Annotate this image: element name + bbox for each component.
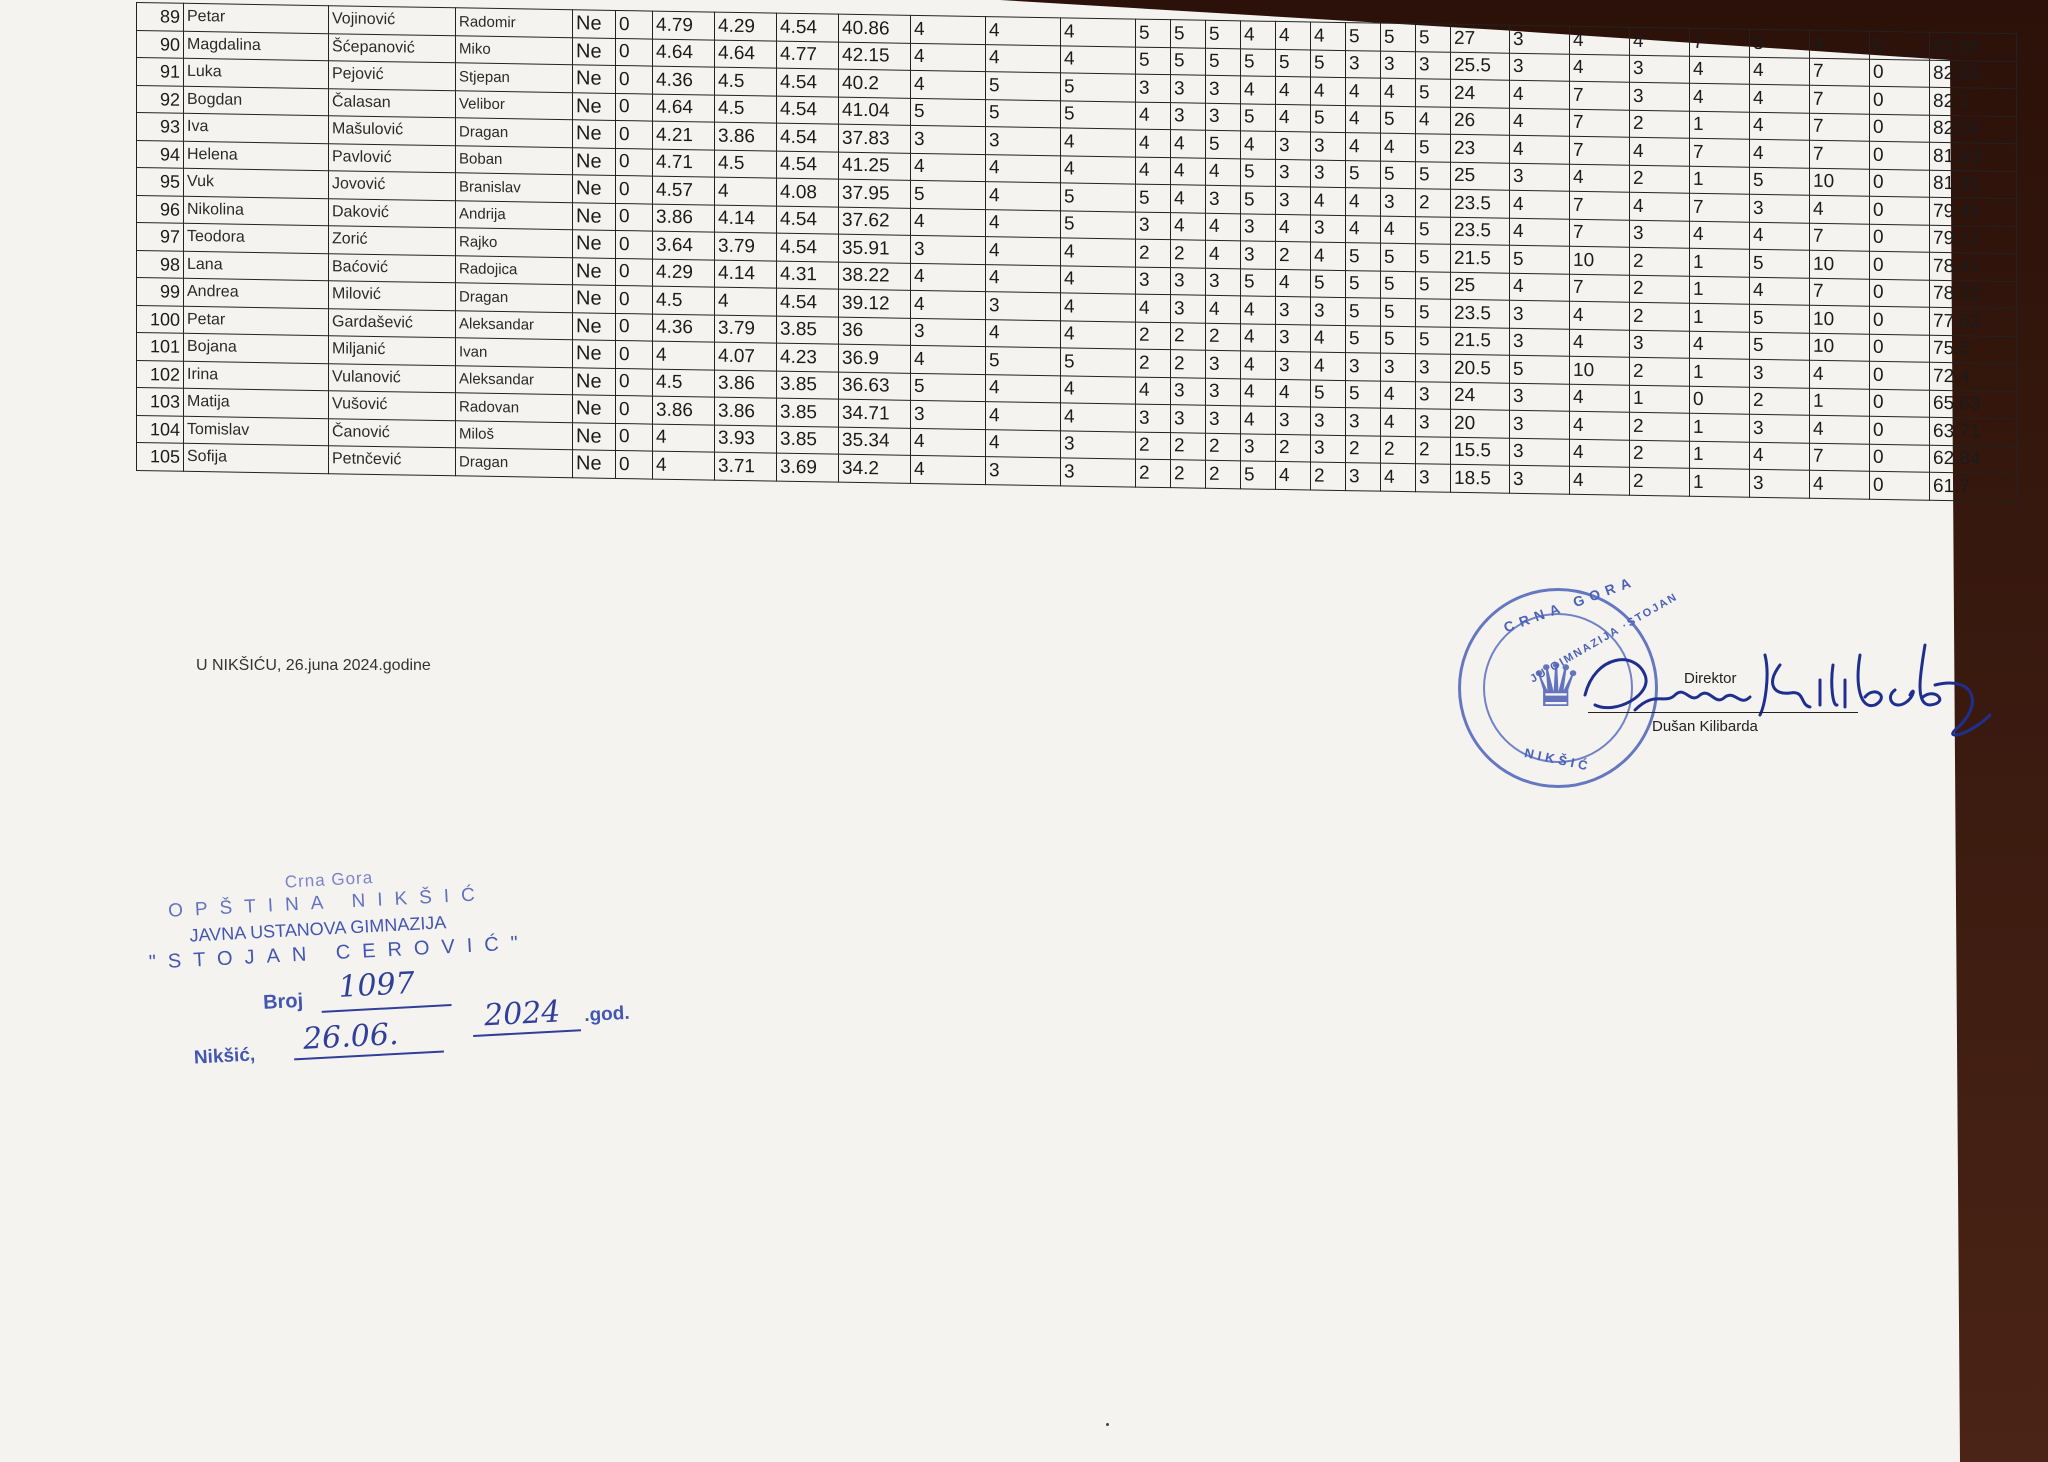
sum-cell: 37.83 [839, 124, 911, 153]
points-cell: 4 [1510, 218, 1570, 246]
total-cell: 78.22 [1930, 280, 2017, 309]
sum-cell: 35.91 [839, 234, 911, 263]
first-name-cell: Bogdan [184, 86, 329, 116]
points-cell: 0 [1870, 196, 1930, 224]
zero-cell: 0 [616, 175, 653, 203]
exam-sum-cell: 23.5 [1451, 299, 1510, 327]
zero-cell: 0 [616, 120, 653, 148]
exam-grade-cell: 4 [1276, 104, 1311, 132]
exam-grade-cell: 5 [1206, 48, 1241, 76]
exam-sum-cell: 23 [1451, 134, 1510, 162]
average-cell: 3.79 [715, 232, 777, 261]
points-cell: 1 [1690, 166, 1750, 194]
average-cell: 4.29 [653, 259, 715, 288]
exam-grade-cell: 5 [1416, 299, 1451, 327]
exam-grade-cell: 4 [1311, 324, 1346, 352]
exam-grade-cell: 3 [1206, 75, 1241, 103]
zero-cell: 0 [616, 313, 653, 341]
grade-cell: 3 [911, 125, 986, 154]
exam-grade-cell: 2 [1206, 323, 1241, 351]
exam-grade-cell: 4 [1276, 379, 1311, 407]
grade-cell: 5 [1061, 348, 1136, 377]
average-cell: 4.54 [777, 233, 839, 262]
stamp-line-country: Crna Gora [284, 868, 373, 893]
average-cell: 4.54 [777, 288, 839, 317]
points-cell: 4 [1810, 360, 1870, 388]
grade-cell: 4 [911, 428, 986, 457]
points-cell: 5 [1750, 304, 1810, 332]
points-cell: 7 [1570, 191, 1630, 219]
last-name-cell: Pejović [329, 61, 456, 91]
points-cell: 7 [1810, 443, 1870, 471]
exam-grade-cell: 5 [1311, 104, 1346, 132]
grade-cell: 4 [911, 15, 986, 44]
points-cell: 5 [1510, 245, 1570, 273]
exam-grade-cell: 4 [1206, 158, 1241, 186]
exam-grade-cell: 4 [1311, 242, 1346, 270]
points-cell: 3 [1750, 414, 1810, 442]
first-name-cell: Bojana [184, 333, 329, 363]
director-name: Dušan Kilibarda [1652, 718, 1758, 735]
grade-cell: 5 [1061, 210, 1136, 239]
exam-grade-cell: 3 [1171, 102, 1206, 130]
points-cell: 0 [1870, 306, 1930, 334]
exam-grade-cell: 3 [1381, 353, 1416, 381]
exam-grade-cell: 3 [1276, 131, 1311, 159]
rank-cell: 89 [137, 3, 184, 31]
parent-name-cell: Andrija [456, 200, 573, 229]
grade-cell: 4 [986, 429, 1061, 458]
grade-cell: 4 [911, 208, 986, 237]
exam-grade-cell: 2 [1276, 241, 1311, 269]
exam-grade-cell: 4 [1311, 187, 1346, 215]
average-cell: 4 [653, 451, 715, 480]
grade-cell: 3 [986, 292, 1061, 321]
points-cell: 4 [1810, 470, 1870, 498]
exam-grade-cell: 4 [1206, 213, 1241, 241]
points-cell: 0 [1870, 86, 1930, 114]
points-cell: 4 [1570, 411, 1630, 439]
average-cell: 4.57 [653, 176, 715, 205]
total-cell: 77.62 [1930, 307, 2017, 336]
points-cell: 4 [1630, 137, 1690, 165]
average-cell: 3.86 [653, 396, 715, 425]
average-cell: 4.77 [777, 41, 839, 70]
points-cell: 0 [1870, 251, 1930, 279]
points-cell: 2 [1630, 165, 1690, 193]
points-cell: 10 [1810, 168, 1870, 196]
average-cell: 4 [653, 341, 715, 370]
exam-grade-cell: 3 [1206, 103, 1241, 131]
exam-grade-cell: 2 [1346, 435, 1381, 463]
first-name-cell: Petar [184, 306, 329, 336]
points-cell: 4 [1750, 57, 1810, 85]
points-cell: 3 [1750, 359, 1810, 387]
exam-grade-cell: 4 [1171, 130, 1206, 158]
points-cell: 4 [1570, 164, 1630, 192]
zero-cell: 0 [616, 258, 653, 286]
average-cell: 4.5 [653, 286, 715, 315]
points-cell: 1 [1630, 385, 1690, 413]
zero-cell: 0 [616, 368, 653, 396]
exam-grade-cell: 4 [1381, 381, 1416, 409]
rank-cell: 102 [137, 360, 184, 388]
average-cell: 4.21 [653, 121, 715, 150]
parent-name-cell: Dragan [456, 283, 573, 312]
parent-name-cell: Ivan [456, 338, 573, 367]
points-cell: 5 [1510, 355, 1570, 383]
exam-grade-cell: 5 [1136, 184, 1171, 212]
grade-cell: 4 [911, 455, 986, 484]
total-cell: 79.12 [1930, 225, 2017, 254]
points-cell: 7 [1570, 136, 1630, 164]
exam-grade-cell: 3 [1206, 185, 1241, 213]
exam-grade-cell: 4 [1136, 129, 1171, 157]
last-name-cell: Jovović [329, 171, 456, 201]
signature-line [1588, 712, 1858, 713]
points-cell: 7 [1690, 193, 1750, 221]
exam-grade-cell: 5 [1136, 19, 1171, 47]
exam-grade-cell: 5 [1416, 161, 1451, 189]
total-cell: 82.86 [1930, 32, 2017, 61]
average-cell: 4.29 [715, 12, 777, 41]
city-label: Nikšić, [193, 1044, 255, 1069]
sum-cell: 38.22 [839, 262, 911, 291]
exam-grade-cell: 5 [1311, 49, 1346, 77]
exam-sum-cell: 23.5 [1451, 189, 1510, 217]
points-cell: 4 [1570, 301, 1630, 329]
sum-cell: 34.2 [839, 454, 911, 483]
first-name-cell: Irina [184, 361, 329, 391]
zero-cell: 0 [616, 423, 653, 451]
exam-grade-cell: 4 [1381, 216, 1416, 244]
points-cell: 4 [1750, 222, 1810, 250]
exam-grade-cell: 2 [1416, 189, 1451, 217]
flag-cell: Ne [573, 37, 616, 65]
exam-grade-cell: 3 [1311, 214, 1346, 242]
rank-cell: 104 [137, 415, 184, 443]
points-cell: 1 [1690, 413, 1750, 441]
points-cell: 0 [1870, 444, 1930, 472]
first-name-cell: Teodora [184, 223, 329, 253]
exam-grade-cell: 2 [1381, 436, 1416, 464]
points-cell: 7 [1810, 140, 1870, 168]
exam-sum-cell: 23.5 [1451, 217, 1510, 245]
exam-sum-cell: 25 [1451, 272, 1510, 300]
grade-cell: 4 [986, 264, 1061, 293]
points-cell: 4 [1750, 277, 1810, 305]
exam-sum-cell: 26 [1451, 107, 1510, 135]
rank-cell: 99 [137, 278, 184, 306]
points-cell: 4 [1510, 80, 1570, 108]
points-cell: 7 [1570, 109, 1630, 137]
average-cell: 4.79 [653, 11, 715, 40]
first-name-cell: Tomislav [184, 416, 329, 446]
exam-grade-cell: 4 [1241, 378, 1276, 406]
grade-cell: 3 [1061, 458, 1136, 487]
points-cell: 1 [1690, 248, 1750, 276]
exam-grade-cell: 2 [1136, 239, 1171, 267]
parent-name-cell: Velibor [456, 90, 573, 119]
exam-grade-cell: 5 [1416, 79, 1451, 107]
points-cell: 4 [1810, 195, 1870, 223]
exam-grade-cell: 4 [1346, 105, 1381, 133]
zero-cell: 0 [616, 450, 653, 478]
points-cell: 1 [1690, 276, 1750, 304]
exam-grade-cell: 4 [1241, 406, 1276, 434]
grade-cell: 4 [986, 402, 1061, 431]
flag-cell: Ne [573, 147, 616, 175]
last-name-cell: Petnčević [329, 446, 456, 476]
exam-grade-cell: 5 [1311, 379, 1346, 407]
grade-cell: 4 [911, 345, 986, 374]
flag-cell: Ne [573, 450, 616, 478]
last-name-cell: Čalasan [329, 88, 456, 118]
exam-grade-cell: 4 [1311, 352, 1346, 380]
exam-grade-cell: 5 [1381, 23, 1416, 51]
rank-cell: 105 [137, 443, 184, 471]
points-cell: 2 [1630, 302, 1690, 330]
exam-sum-cell: 24 [1451, 382, 1510, 410]
grade-cell: 5 [986, 72, 1061, 101]
exam-grade-cell: 4 [1346, 215, 1381, 243]
zero-cell: 0 [616, 395, 653, 423]
points-cell: 0 [1870, 389, 1930, 417]
flag-cell: Ne [573, 395, 616, 423]
points-cell: 4 [1750, 112, 1810, 140]
rank-cell: 101 [137, 333, 184, 361]
first-name-cell: Nikolina [184, 196, 329, 226]
exam-grade-cell: 5 [1241, 186, 1276, 214]
exam-grade-cell: 2 [1171, 432, 1206, 460]
grade-cell: 4 [986, 319, 1061, 348]
last-name-cell: Šćepanović [329, 33, 456, 63]
exam-grade-cell: 5 [1416, 244, 1451, 272]
exam-grade-cell: 4 [1171, 157, 1206, 185]
first-name-cell: Petar [184, 3, 329, 33]
exam-grade-cell: 5 [1346, 298, 1381, 326]
exam-grade-cell: 3 [1276, 406, 1311, 434]
broj-label: Broj [263, 990, 304, 1015]
exam-grade-cell: 4 [1276, 214, 1311, 242]
points-cell: 10 [1810, 333, 1870, 361]
points-cell: 4 [1690, 221, 1750, 249]
points-cell: 4 [1570, 384, 1630, 412]
exam-grade-cell: 5 [1381, 161, 1416, 189]
last-name-cell: Daković [329, 198, 456, 228]
total-cell: 62.84 [1930, 445, 2017, 474]
exam-grade-cell: 2 [1416, 436, 1451, 464]
points-cell: 4 [1630, 192, 1690, 220]
grade-cell: 4 [1061, 45, 1136, 74]
year-value: 2024 [483, 994, 561, 1033]
grade-cell: 3 [911, 318, 986, 347]
first-name-cell: Matija [184, 388, 329, 418]
exam-grade-cell: 3 [1416, 51, 1451, 79]
exam-grade-cell: 4 [1311, 77, 1346, 105]
points-cell: 0 [1870, 279, 1930, 307]
total-cell: 61.7 [1930, 472, 2017, 501]
grade-cell: 4 [911, 43, 986, 72]
first-name-cell: Luka [184, 58, 329, 88]
exam-grade-cell: 3 [1346, 353, 1381, 381]
exam-grade-cell: 4 [1381, 78, 1416, 106]
exam-grade-cell: 5 [1381, 298, 1416, 326]
exam-grade-cell: 5 [1346, 270, 1381, 298]
director-signature [1575, 635, 1995, 745]
exam-grade-cell: 5 [1381, 326, 1416, 354]
grade-cell: 5 [986, 99, 1061, 128]
parent-name-cell: Miloš [456, 420, 573, 449]
exam-grade-cell: 4 [1276, 461, 1311, 489]
average-cell: 4.23 [777, 343, 839, 372]
exam-grade-cell: 2 [1136, 459, 1171, 487]
average-cell: 3.93 [715, 425, 777, 454]
flag-cell: Ne [573, 340, 616, 368]
parent-name-cell: Dragan [456, 118, 573, 147]
points-cell: 2 [1630, 440, 1690, 468]
last-name-cell: Mašulović [329, 116, 456, 146]
average-cell: 3.86 [715, 370, 777, 399]
exam-grade-cell: 3 [1276, 186, 1311, 214]
points-cell: 1 [1690, 111, 1750, 139]
last-name-cell: Vojinović [329, 6, 456, 36]
points-cell: 3 [1750, 194, 1810, 222]
exam-grade-cell: 2 [1136, 349, 1171, 377]
rank-cell: 103 [137, 388, 184, 416]
exam-grade-cell: 3 [1241, 213, 1276, 241]
average-cell: 4.54 [777, 206, 839, 235]
rank-cell: 100 [137, 305, 184, 333]
points-cell: 4 [1810, 415, 1870, 443]
points-cell: 7 [1810, 58, 1870, 86]
points-cell: 10 [1570, 356, 1630, 384]
exam-grade-cell: 3 [1241, 241, 1276, 269]
parent-name-cell: Radovan [456, 393, 573, 422]
points-cell: 10 [1570, 246, 1630, 274]
grade-cell: 4 [911, 153, 986, 182]
points-cell: 10 [1810, 305, 1870, 333]
average-cell: 4.14 [715, 260, 777, 289]
grade-cell: 4 [1061, 320, 1136, 349]
points-cell: 2 [1630, 467, 1690, 495]
parent-name-cell: Stjepan [456, 63, 573, 92]
points-cell: 4 [1690, 56, 1750, 84]
grade-cell: 4 [1061, 265, 1136, 294]
flag-cell: Ne [573, 312, 616, 340]
points-cell: 4 [1750, 84, 1810, 112]
director-label: Direktor [1684, 670, 1737, 687]
points-cell: 3 [1750, 29, 1810, 57]
exam-grade-cell: 3 [1346, 50, 1381, 78]
parent-name-cell: Miko [456, 35, 573, 64]
exam-grade-cell: 4 [1276, 269, 1311, 297]
exam-sum-cell: 20 [1451, 409, 1510, 437]
points-cell: 4 [1750, 442, 1810, 470]
grade-cell: 4 [986, 154, 1061, 183]
exam-grade-cell: 3 [1276, 296, 1311, 324]
exam-grade-cell: 4 [1241, 351, 1276, 379]
exam-grade-cell: 4 [1241, 296, 1276, 324]
exam-grade-cell: 5 [1416, 134, 1451, 162]
sum-cell: 40.86 [839, 14, 911, 43]
first-name-cell: Vuk [184, 168, 329, 198]
grade-cell: 5 [911, 180, 986, 209]
rank-cell: 94 [137, 140, 184, 168]
points-cell: 1 [1690, 441, 1750, 469]
points-cell: 0 [1870, 471, 1930, 499]
exam-grade-cell: 4 [1381, 463, 1416, 491]
exam-grade-cell: 4 [1346, 133, 1381, 161]
first-name-cell: Magdalina [184, 31, 329, 61]
exam-grade-cell: 3 [1311, 132, 1346, 160]
grade-cell: 4 [1061, 293, 1136, 322]
exam-grade-cell: 5 [1311, 269, 1346, 297]
points-cell: 4 [1750, 139, 1810, 167]
points-cell: 3 [1510, 163, 1570, 191]
sum-cell: 40.2 [839, 69, 911, 98]
average-cell: 3.85 [777, 371, 839, 400]
grade-cell: 4 [986, 17, 1061, 46]
points-cell: 4 [1570, 26, 1630, 54]
parent-name-cell: Dragan [456, 448, 573, 477]
average-cell: 4.5 [715, 150, 777, 179]
exam-grade-cell: 3 [1416, 354, 1451, 382]
flag-cell: Ne [573, 10, 616, 38]
average-cell: 4.54 [777, 151, 839, 180]
points-cell: 3 [1510, 300, 1570, 328]
points-cell: 3 [1510, 25, 1570, 53]
zero-cell: 0 [616, 230, 653, 258]
points-cell: 7 [1690, 138, 1750, 166]
last-name-cell: Milović [329, 281, 456, 311]
flag-cell: Ne [573, 422, 616, 450]
exam-grade-cell: 3 [1171, 267, 1206, 295]
exam-grade-cell: 3 [1311, 407, 1346, 435]
exam-grade-cell: 5 [1241, 268, 1276, 296]
points-cell: 5 [1750, 249, 1810, 277]
exam-grade-cell: 3 [1171, 295, 1206, 323]
grade-cell: 3 [911, 400, 986, 429]
grade-cell: 4 [1061, 128, 1136, 157]
exam-grade-cell: 5 [1346, 380, 1381, 408]
exam-grade-cell: 5 [1416, 326, 1451, 354]
rank-cell: 95 [137, 168, 184, 196]
flag-cell: Ne [573, 202, 616, 230]
last-name-cell: Miljanić [329, 336, 456, 366]
average-cell: 4.5 [715, 67, 777, 96]
exam-grade-cell: 3 [1346, 463, 1381, 491]
exam-grade-cell: 4 [1346, 78, 1381, 106]
zero-cell: 0 [616, 38, 653, 66]
total-cell: 81.25 [1930, 170, 2017, 199]
parent-name-cell: Rajko [456, 228, 573, 257]
exam-grade-cell: 3 [1206, 350, 1241, 378]
average-cell: 4.54 [777, 68, 839, 97]
points-cell: 4 [1510, 273, 1570, 301]
exam-grade-cell: 4 [1311, 22, 1346, 50]
rank-cell: 98 [137, 250, 184, 278]
exam-sum-cell: 18.5 [1451, 464, 1510, 492]
points-cell: 3 [1630, 330, 1690, 358]
exam-grade-cell: 3 [1416, 464, 1451, 492]
rank-cell: 93 [137, 113, 184, 141]
exam-grade-cell: 2 [1171, 350, 1206, 378]
exam-grade-cell: 3 [1311, 297, 1346, 325]
exam-sum-cell: 24 [1451, 79, 1510, 107]
parent-name-cell: Aleksandar [456, 365, 573, 394]
rank-cell: 96 [137, 195, 184, 223]
